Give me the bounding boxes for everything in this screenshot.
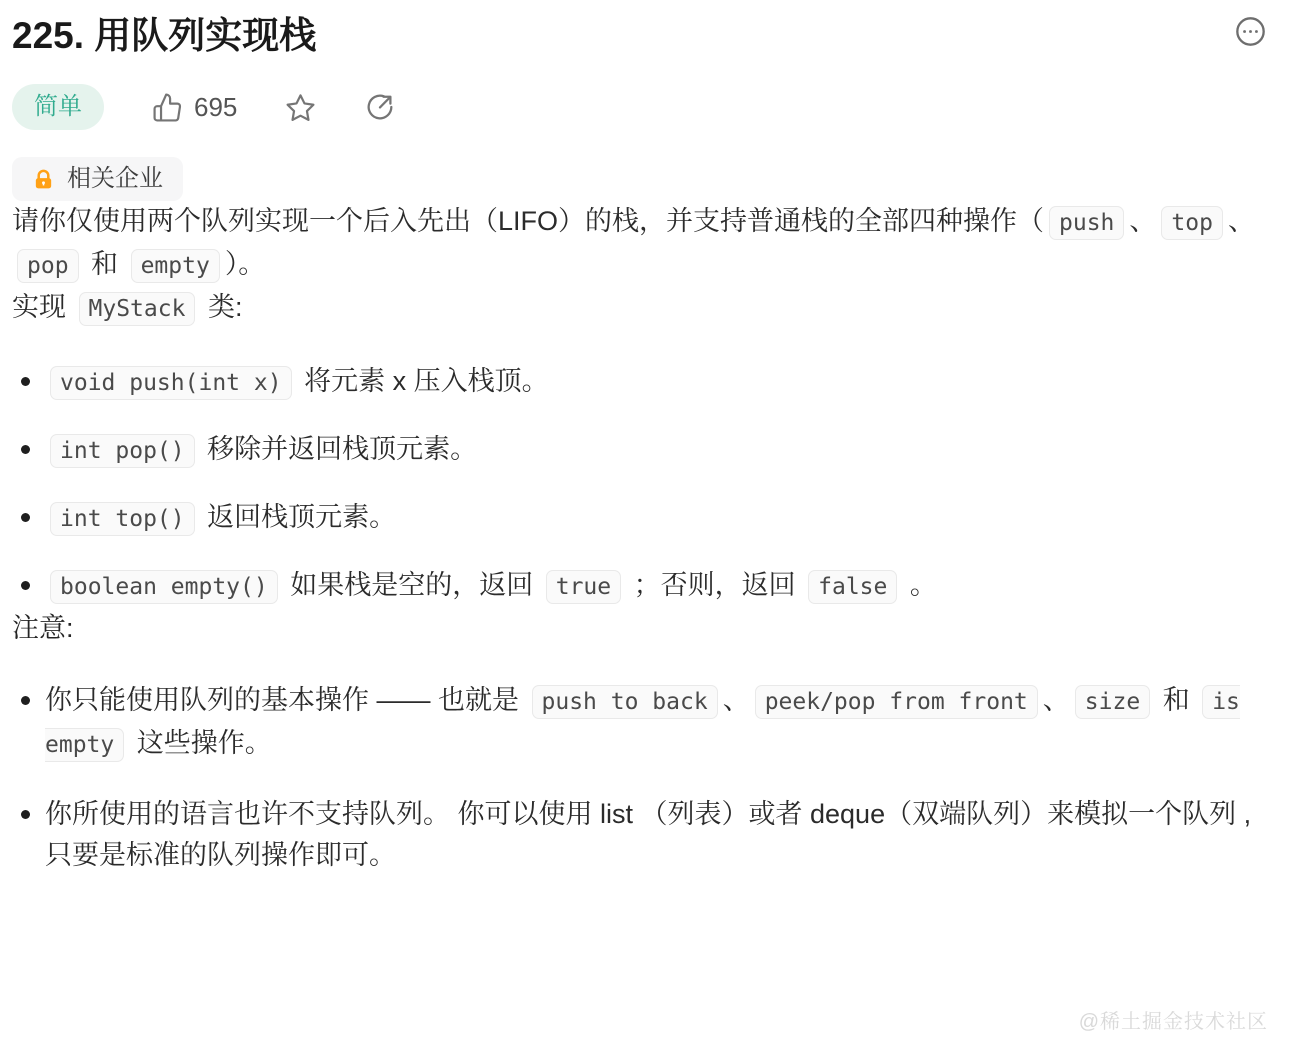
share-button[interactable] xyxy=(364,91,396,123)
inline-code: boolean empty() xyxy=(50,570,278,604)
inline-code: empty xyxy=(131,249,220,283)
share-icon xyxy=(364,91,396,123)
problem-page: 225. 用队列实现栈 简单 695 xyxy=(0,0,1290,876)
related-companies-button[interactable]: 相关企业 xyxy=(12,157,183,201)
inline-code: top xyxy=(1161,206,1223,240)
lock-icon xyxy=(32,168,55,191)
inline-code: false xyxy=(808,570,897,604)
star-icon xyxy=(285,92,316,123)
meta-row: 简单 695 xyxy=(12,84,1266,130)
favorite-button[interactable] xyxy=(285,92,316,123)
list-item: int top() 返回栈顶元素。 xyxy=(12,497,1256,540)
methods-list: void push(int x) 将元素 x 压入栈顶。 int pop() 移… xyxy=(12,361,1256,608)
intro-paragraph: 请你仅使用两个队列实现一个后入先出（LIFO）的栈，并支持普通栈的全部四种操作（… xyxy=(12,201,1256,287)
likes-count: 695 xyxy=(194,92,237,123)
list-item: int pop() 移除并返回栈顶元素。 xyxy=(12,429,1256,472)
inline-code: pop xyxy=(17,249,79,283)
inline-code: peek/pop from front xyxy=(755,685,1038,719)
difficulty-badge: 简单 xyxy=(12,84,104,130)
notes-list: 你只能使用队列的基本操作 —— 也就是 push to back、peek/po… xyxy=(12,680,1256,876)
companies-row: 相关企业 xyxy=(12,157,1266,201)
companies-label: 相关企业 xyxy=(67,167,163,191)
list-item: 你所使用的语言也许不支持队列。 你可以使用 list （列表）或者 deque（… xyxy=(12,794,1256,876)
list-item: boolean empty() 如果栈是空的，返回 true ；否则，返回 fa… xyxy=(12,565,1256,608)
more-options-button[interactable] xyxy=(1235,16,1266,47)
inline-code: MyStack xyxy=(79,292,196,326)
inline-code: void push(int x) xyxy=(50,366,292,400)
inline-code: int top() xyxy=(50,502,195,536)
likes-button[interactable]: 695 xyxy=(152,92,237,123)
list-item: 你只能使用队列的基本操作 —— 也就是 push to back、peek/po… xyxy=(12,680,1256,766)
thumbs-up-icon xyxy=(152,92,183,123)
inline-code: true xyxy=(546,570,621,604)
inline-code: push xyxy=(1049,206,1124,240)
problem-title: 225. 用队列实现栈 xyxy=(12,14,316,58)
watermark: @稀土掘金技术社区 xyxy=(1079,1005,1268,1034)
inline-code: size xyxy=(1075,685,1150,719)
list-item: void push(int x) 将元素 x 压入栈顶。 xyxy=(12,361,1256,404)
inline-code: push to back xyxy=(532,685,718,719)
title-row: 225. 用队列实现栈 xyxy=(12,14,1266,58)
inline-code: int pop() xyxy=(50,434,195,468)
problem-description: 请你仅使用两个队列实现一个后入先出（LIFO）的栈，并支持普通栈的全部四种操作（… xyxy=(12,201,1256,876)
ellipsis-circle-icon xyxy=(1235,16,1266,47)
note-heading: 注意: xyxy=(12,608,1256,649)
implement-paragraph: 实现 MyStack 类: xyxy=(12,287,1256,330)
